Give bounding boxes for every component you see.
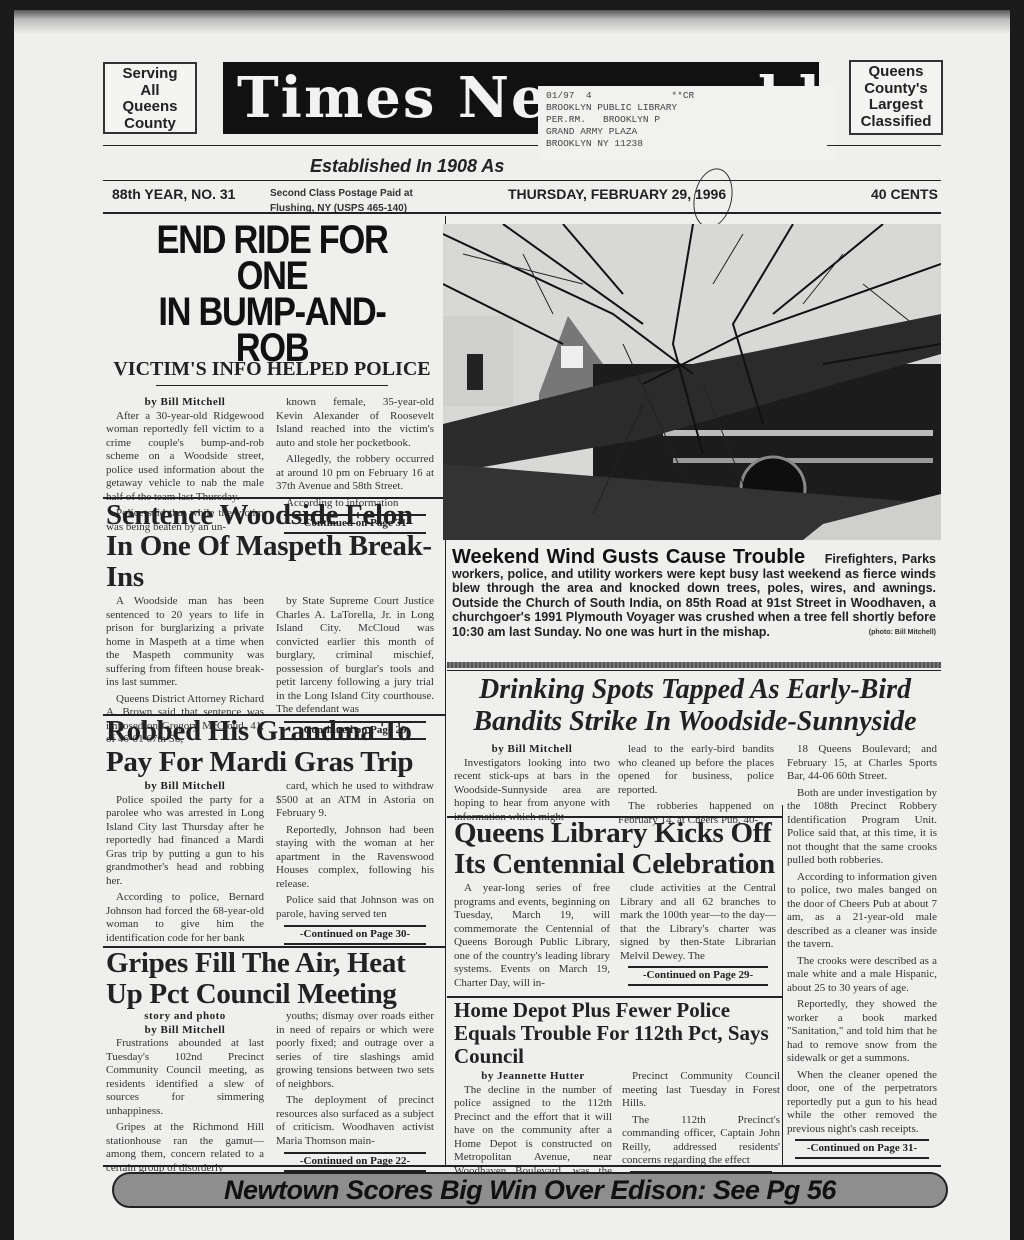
paragraph: Both are under investigation by the 108t… bbox=[787, 787, 937, 868]
info-bar-rule-bottom bbox=[103, 212, 941, 214]
paragraph: Police said that Johnson was on parole, … bbox=[276, 894, 434, 921]
paragraph: youths; dismay over roads either in need… bbox=[276, 1010, 434, 1091]
ear-line: County's bbox=[851, 81, 941, 98]
ear-line: Serving bbox=[105, 66, 195, 83]
paragraph: Police spoiled the party for a parolee w… bbox=[106, 794, 264, 889]
headline: Home Depot Plus Fewer Police Equals Trou… bbox=[454, 999, 780, 1068]
paragraph: The 112th Precinct's commanding officer,… bbox=[622, 1114, 780, 1168]
ear-line: Queens bbox=[851, 64, 941, 81]
ear-line: Queens bbox=[105, 99, 195, 116]
paragraph: Investigators looking into two recent st… bbox=[454, 757, 610, 825]
established-tagline: Established In 1908 As bbox=[310, 156, 550, 177]
paragraph: lead to the early-bird bandits who clean… bbox=[618, 743, 774, 797]
masthead-rule bbox=[103, 145, 538, 146]
headline: Gripes Fill The Air, Heat Up Pct Council… bbox=[106, 948, 440, 1010]
column: A year-long series of free programs and … bbox=[454, 882, 610, 993]
story-gripes-council: Gripes Fill The Air, Heat Up Pct Council… bbox=[106, 948, 440, 1178]
byline: by Bill Mitchell bbox=[106, 396, 264, 410]
paragraph: Precinct Community Council meeting last … bbox=[622, 1070, 780, 1111]
left-ear-box: Serving All Queens County bbox=[103, 62, 197, 134]
paragraph: Frustrations abounded at last Tuesday's … bbox=[106, 1037, 264, 1118]
ear-line: County bbox=[105, 116, 195, 133]
handwritten-mark bbox=[688, 165, 738, 232]
headline: Drinking Spots Tapped As Early-Bird Band… bbox=[448, 674, 942, 738]
paragraph: After a 30-year-old Ridgewood woman repo… bbox=[106, 410, 264, 505]
paragraph: When the cleaner opened the door, one of… bbox=[787, 1069, 937, 1137]
scan-edge-shadow bbox=[14, 10, 1010, 34]
paragraph: The crooks were described as a male whit… bbox=[787, 955, 937, 996]
story-divider bbox=[447, 670, 941, 671]
column: by Bill Mitchell Police spoiled the part… bbox=[106, 780, 264, 948]
photo-caption-block: Weekend Wind Gusts Cause Trouble Firefig… bbox=[452, 550, 936, 636]
photo-image bbox=[443, 224, 941, 540]
column: by Bill Mitchell Investigators looking i… bbox=[454, 743, 610, 827]
paragraph: Reportedly, they showed the worker a boo… bbox=[787, 998, 937, 1066]
paragraph: by State Supreme Court Justice Charles A… bbox=[276, 595, 434, 717]
ear-line: Largest bbox=[851, 97, 941, 114]
photo-caption: Weekend Wind Gusts Cause Trouble Firefig… bbox=[452, 550, 936, 639]
mailing-label: 01/97 4 **CR BROOKLYN PUBLIC LIBRARY PER… bbox=[538, 86, 838, 160]
continued-link[interactable]: -Continued on Page 30- bbox=[284, 925, 426, 945]
byline: story and photo bbox=[106, 1010, 264, 1024]
column: clude activities at the Central Library … bbox=[620, 882, 776, 993]
story-bump-and-rob: END RIDE FOR ONE IN BUMP-AND-ROB VICTIM'… bbox=[106, 222, 438, 537]
byline: by Bill Mitchell bbox=[106, 780, 264, 794]
column: youths; dismay over roads either in need… bbox=[276, 1010, 434, 1178]
headline-line: IN BUMP-AND-ROB bbox=[129, 294, 415, 366]
paragraph: A year-long series of free programs and … bbox=[454, 882, 610, 990]
info-bar-rule-top bbox=[103, 180, 941, 181]
continued-link[interactable]: -Continued on Page 22- bbox=[284, 1152, 426, 1172]
divider bbox=[156, 385, 388, 386]
paragraph: According to police, Bernard Johnson had… bbox=[106, 891, 264, 945]
byline: by Bill Mitchell bbox=[106, 1024, 264, 1038]
column: card, which he used to withdraw $500 at … bbox=[276, 780, 434, 948]
ear-line: Classified bbox=[851, 114, 941, 131]
paragraph: The deployment of precinct resources als… bbox=[276, 1094, 434, 1148]
story-queens-library: Queens Library Kicks Off Its Centennial … bbox=[454, 818, 776, 993]
column-rule bbox=[782, 805, 783, 1165]
story-maspeth-felon: Sentence Woodside Felon In One Of Maspet… bbox=[106, 500, 440, 750]
caption-headline: Weekend Wind Gusts Cause Trouble bbox=[452, 546, 805, 568]
ear-line: All bbox=[105, 83, 195, 100]
continued-link[interactable]: -Continued on Page 29- bbox=[628, 966, 768, 986]
paragraph: Reportedly, Johnson had been staying wit… bbox=[276, 824, 434, 892]
newspaper-front-page: Serving All Queens County Times Newsweek… bbox=[14, 10, 1010, 1240]
byline: by Jeannette Hutter bbox=[454, 1070, 612, 1084]
postage-line: Second Class Postage Paid at bbox=[270, 186, 450, 201]
column: story and photo by Bill Mitchell Frustra… bbox=[106, 1010, 264, 1178]
masthead-rule bbox=[827, 145, 941, 146]
paragraph: A Woodside man has been sentenced to 20 … bbox=[106, 595, 264, 690]
paragraph: clude activities at the Central Library … bbox=[620, 882, 776, 963]
story-drinking-spots: Drinking Spots Tapped As Early-Bird Band… bbox=[448, 674, 942, 738]
paragraph: known female, 35-year-old Kevin Alexande… bbox=[276, 396, 434, 450]
paragraph: Allegedly, the robbery occurred at aroun… bbox=[276, 453, 434, 494]
headline-line: END RIDE FOR ONE bbox=[129, 222, 415, 294]
story-grandma-robbery: Robbed His Grandma To Pay For Mardi Gras… bbox=[106, 716, 440, 948]
photo-fallen-tree-on-van bbox=[443, 224, 941, 540]
byline: by Bill Mitchell bbox=[454, 743, 610, 757]
right-ear-box: Queens County's Largest Classified bbox=[849, 60, 943, 135]
paragraph: According to information given to police… bbox=[787, 871, 937, 952]
headline: Robbed His Grandma To Pay For Mardi Gras… bbox=[106, 716, 440, 778]
column: 18 Queens Boulevard; and February 15, at… bbox=[787, 743, 937, 1159]
bottom-rule bbox=[103, 1165, 941, 1167]
volume-number: 88th YEAR, NO. 31 bbox=[112, 186, 235, 202]
decorative-divider-bar bbox=[447, 662, 941, 668]
headline: Queens Library Kicks Off Its Centennial … bbox=[454, 818, 776, 880]
headline: END RIDE FOR ONE IN BUMP-AND-ROB bbox=[129, 222, 415, 366]
price: 40 CENTS bbox=[871, 186, 938, 202]
paragraph: card, which he used to withdraw $500 at … bbox=[276, 780, 434, 821]
sports-banner[interactable]: Newtown Scores Big Win Over Edison: See … bbox=[112, 1172, 948, 1208]
headline: Sentence Woodside Felon In One Of Maspet… bbox=[106, 500, 440, 593]
paragraph: 18 Queens Boulevard; and February 15, at… bbox=[787, 743, 937, 784]
continued-link[interactable]: -Continued on Page 31- bbox=[795, 1139, 929, 1159]
